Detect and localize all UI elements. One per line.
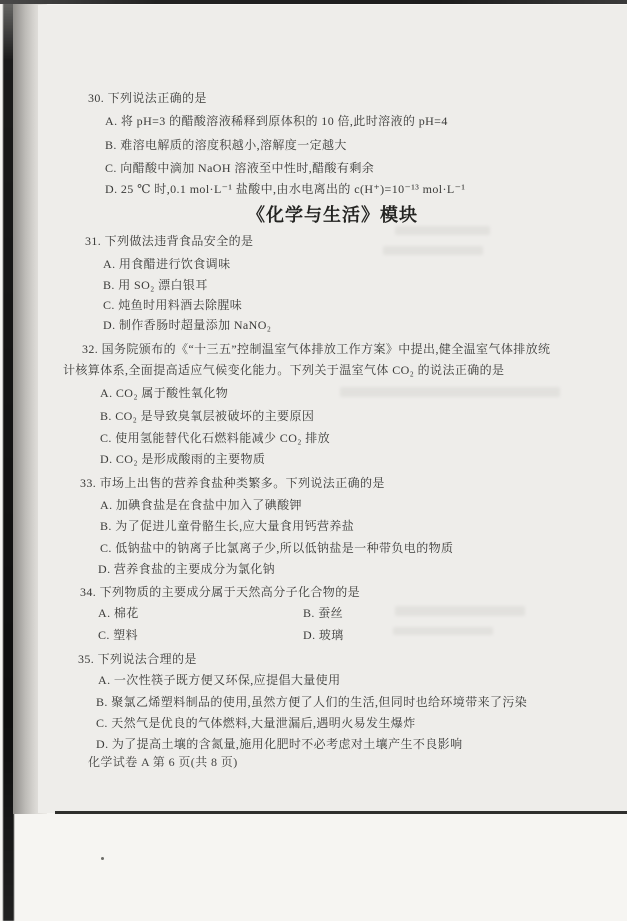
question-30-option-a: A. 将 pH=3 的醋酸溶液稀释到原体积的 10 倍,此时溶液的 pH=4 [105,112,448,129]
question-31-option-c: C. 炖鱼时用料酒去除腥味 [103,296,242,313]
bleed-through-ghost [395,226,490,235]
question-32-option-c: C. 使用氢能替代化石燃料能减少 CO₂ 排放 [100,429,330,446]
question-32-option-a: A. CO₂ 属于酸性氧化物 [100,384,228,401]
question-33-option-b: B. 为了促进儿童骨骼生长,应大量食用钙营养盐 [100,517,354,534]
bleed-through-ghost [383,246,483,255]
question-30-option-d: D. 25 ℃ 时,0.1 mol·L⁻¹ 盐酸中,由水电离出的 c(H⁺)=1… [105,180,465,197]
question-34-stem: 34. 下列物质的主要成分属于天然高分子化合物的是 [80,583,360,600]
question-35-option-a: A. 一次性筷子既方便又环保,应提倡大量使用 [98,671,340,688]
question-34-option-a: A. 棉花 [98,604,139,621]
scanned-exam-sheet: 30. 下列说法正确的是 A. 将 pH=3 的醋酸溶液稀释到原体积的 10 倍… [0,0,627,921]
question-35-stem: 35. 下列说法合理的是 [78,650,197,667]
question-32-stem-line1: 32. 国务院颁布的《“十三五”控制温室气体排放工作方案》中提出,健全温室气体排… [82,340,550,357]
question-33-option-a: A. 加碘食盐是在食盐中加入了碘酸钾 [100,496,302,513]
bleed-through-ghost [340,387,560,397]
question-34-option-d: D. 玻璃 [303,626,344,643]
scan-speck [101,857,104,860]
exam-page: 30. 下列说法正确的是 A. 将 pH=3 的醋酸溶液稀释到原体积的 10 倍… [38,5,627,813]
section-title: 《化学与生活》模块 [38,201,627,227]
question-32-stem-line2: 计核算体系,全面提高适应气候变化能力。下列关于温室气体 CO₂ 的说法正确的是 [63,361,504,378]
question-30-stem: 30. 下列说法正确的是 [88,89,207,106]
page-footer: 化学试卷 A 第 6 页(共 8 页) [88,753,238,770]
question-34-option-c: C. 塑料 [98,626,138,643]
question-32-option-b: B. CO₂ 是导致臭氧层被破坏的主要原因 [100,407,314,424]
question-33-stem: 33. 市场上出售的营养食盐种类繁多。下列说法正确的是 [80,474,385,491]
question-33-option-d: D. 营养食盐的主要成分为氯化钠 [98,560,275,577]
question-31-stem: 31. 下列做法违背食品安全的是 [85,232,253,249]
question-35-option-c: C. 天然气是优良的气体燃料,大量泄漏后,遇明火易发生爆炸 [96,714,416,731]
question-31-option-b: B. 用 SO₂ 漂白银耳 [103,276,208,293]
page-bottom-edge [55,811,627,814]
bleed-through-ghost [395,606,525,616]
scan-top-edge [0,0,627,4]
bleed-through-ghost [393,627,493,635]
question-30-option-c: C. 向醋酸中滴加 NaOH 溶液至中性时,醋酸有剩余 [105,159,374,176]
question-31-option-a: A. 用食醋进行饮食调味 [103,255,230,272]
question-30-option-b: B. 难溶电解质的溶度积越小,溶解度一定越大 [105,136,347,153]
question-34-option-b: B. 蚕丝 [303,604,343,621]
question-31-option-d: D. 制作香肠时超量添加 NaNO₂ [103,316,271,333]
question-32-option-d: D. CO₂ 是形成酸雨的主要物质 [100,450,265,467]
question-35-option-d: D. 为了提高土壤的含氮量,施用化肥时不必考虑对土壤产生不良影响 [96,735,462,752]
question-35-option-b: B. 聚氯乙烯塑料制品的使用,虽然方便了人们的生活,但同时也给环境带来了污染 [96,693,527,710]
question-33-option-c: C. 低钠盐中的钠离子比氯离子少,所以低钠盐是一种带负电的物质 [100,539,453,556]
